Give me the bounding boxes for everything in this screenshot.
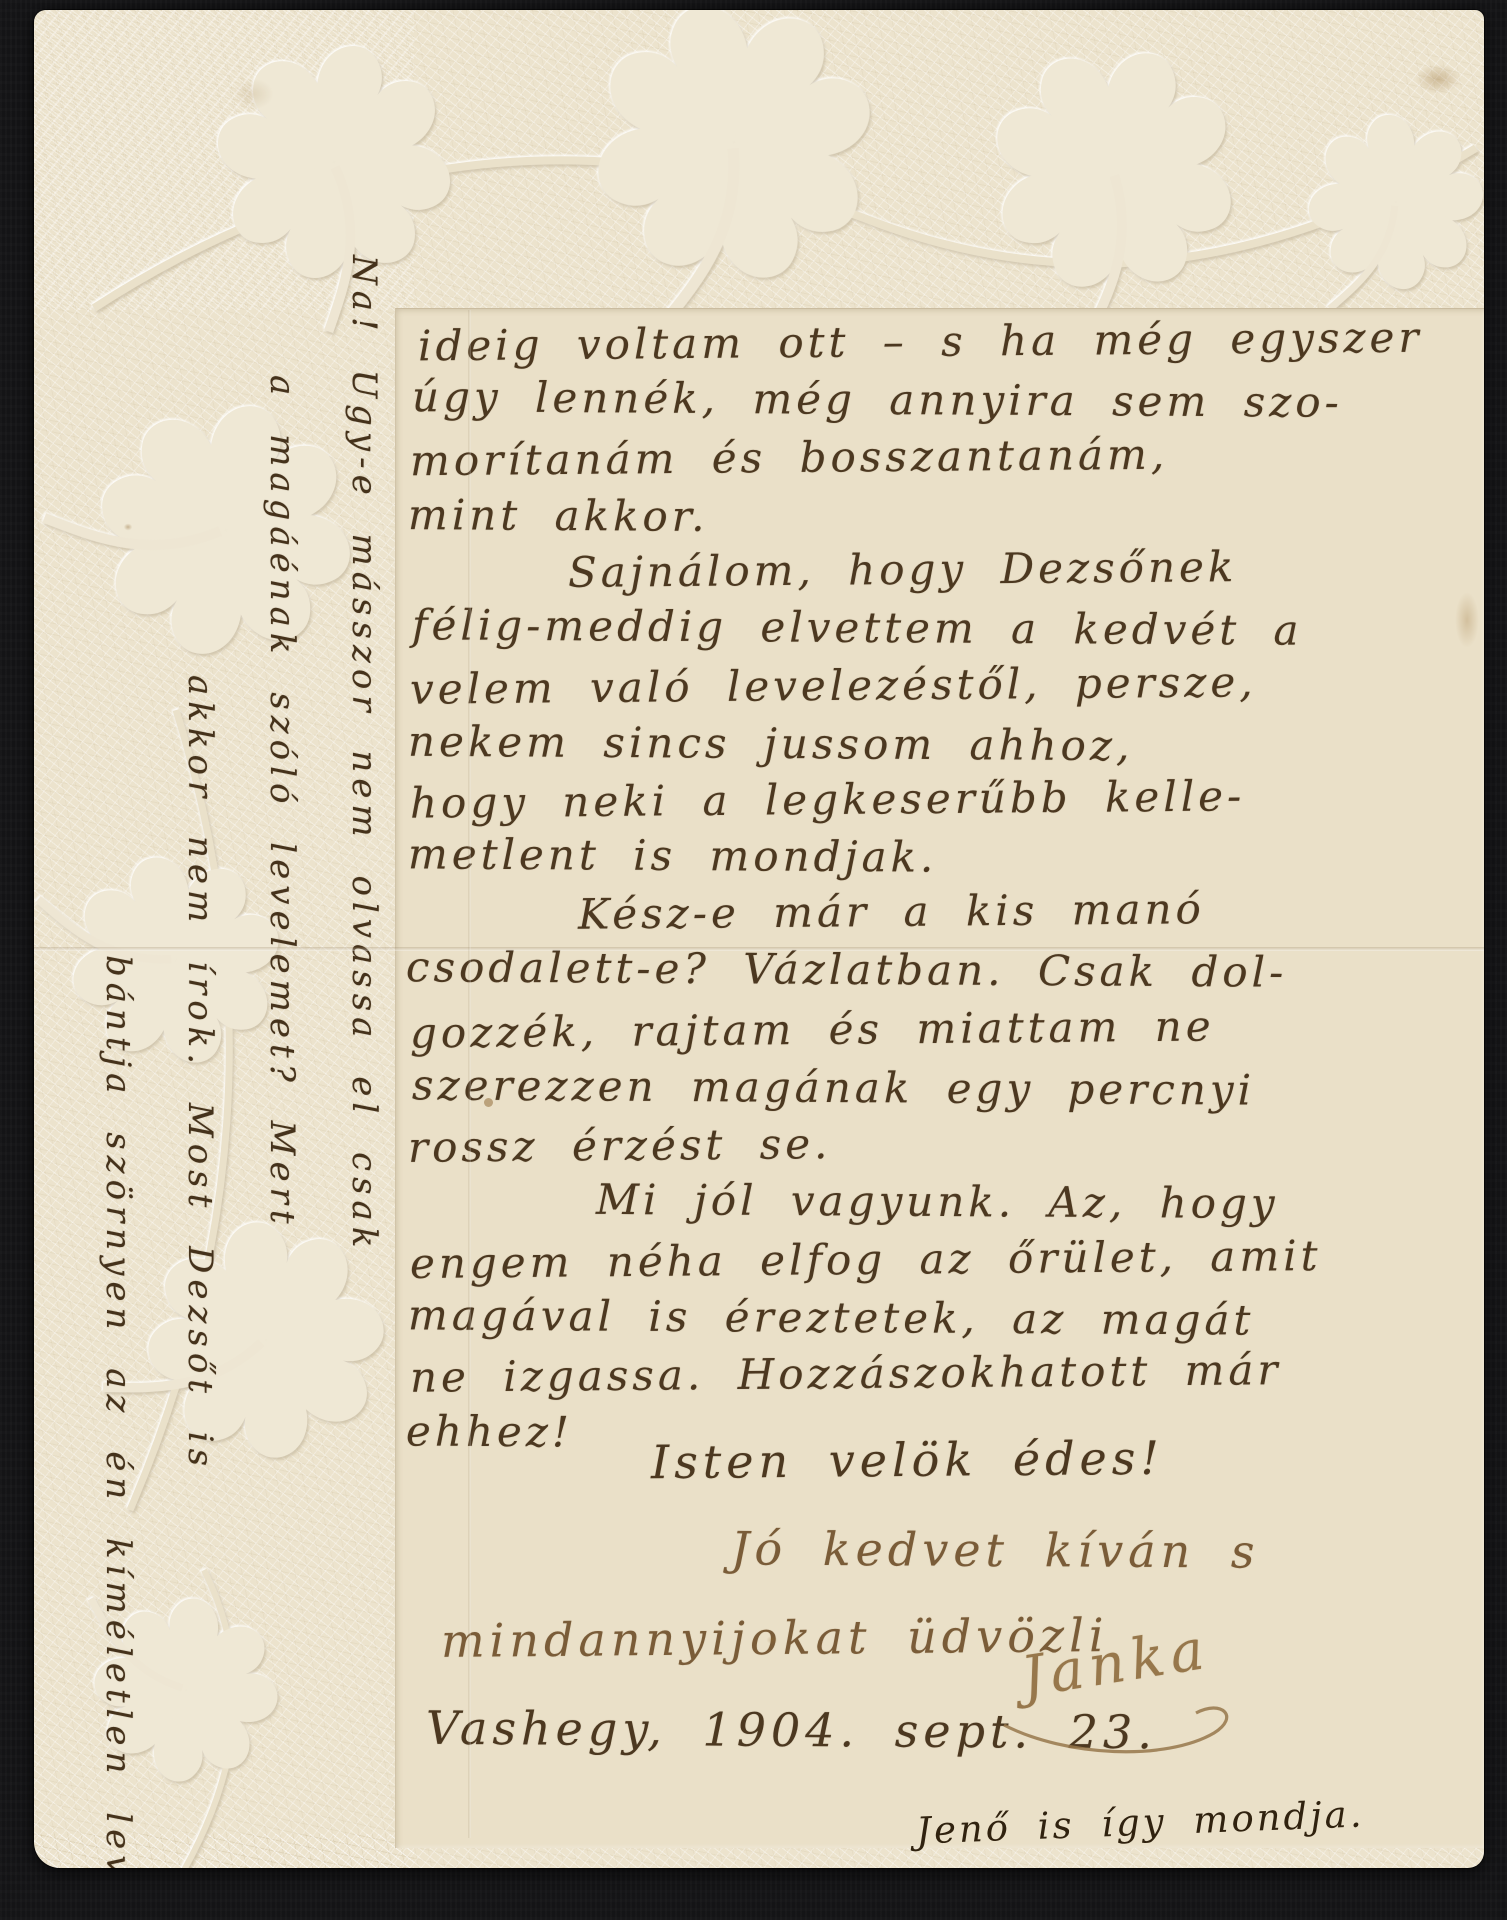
handwriting-line: hogy neki a legkeserűbb kelle- xyxy=(410,770,1246,829)
handwriting-line: úgy lennék, még annyira sem szo- xyxy=(412,371,1343,429)
handwriting-line: Sajnálom, hogy Dezsőnek xyxy=(568,541,1238,599)
margin-handwriting-line: akkor nem írok. Most Dezsőt is xyxy=(159,255,241,1855)
writing-area: ideig voltam ott – s ha még egyszerúgy l… xyxy=(395,308,1484,1848)
handwriting-line: engem néha elfog az őrület, amit xyxy=(410,1230,1322,1290)
handwriting-line: velem való levelezéstől, persze, xyxy=(410,656,1257,715)
postscript-note: Jenő is így mondja. xyxy=(915,1792,1365,1852)
signature-flourish xyxy=(996,1691,1276,1761)
handwriting-line: félig-meddig elvettem a kedvét a xyxy=(412,599,1303,656)
handwriting-line: magával is éreztetek, az magát xyxy=(408,1289,1255,1346)
handwriting-line: rossz érzést se. xyxy=(408,1118,832,1174)
handwriting-line: metlent is mondjak. xyxy=(408,828,938,883)
handwriting-line: mindannyijokat üdvözli xyxy=(441,1609,1109,1667)
handwriting-line: ideig voltam ott – s ha még egyszer xyxy=(418,312,1423,373)
handwriting-line: Jó kedvet kíván s xyxy=(731,1522,1260,1577)
handwriting-line: Kész-e már a kis manó xyxy=(578,883,1205,940)
handwriting-line: gozzék, rajtam és miattam ne xyxy=(410,1000,1215,1059)
scan-background: ideig voltam ott – s ha még egyszerúgy l… xyxy=(0,0,1507,1920)
margin-cross-writing: Na! Ugy-e másszor nem olvassa el csaka m… xyxy=(70,255,405,1855)
handwriting-line: szerezzen magának egy percnyi xyxy=(412,1059,1255,1116)
handwriting-line: ne izgassa. Hozzászokhatott már xyxy=(410,1344,1282,1404)
letter-sheet: ideig voltam ott – s ha még egyszerúgy l… xyxy=(34,10,1484,1868)
handwriting-line: ehhez! xyxy=(406,1405,573,1458)
handwriting-line: mint akkor. xyxy=(408,489,709,543)
handwriting-line: csodalett-e? Vázlatban. Csak dol- xyxy=(406,941,1288,998)
handwriting-line: Isten velök édes! xyxy=(651,1432,1164,1488)
margin-handwriting-line: bántja szörnyen az én kíméletlen levelem… xyxy=(77,255,159,1855)
handwriting-line: nekem sincs jussom ahhoz, xyxy=(408,716,1134,772)
margin-handwriting-line: a magáénak szóló levelemet? Mert xyxy=(241,255,323,1855)
handwriting-line: Mi jól vagyunk. Az, hogy xyxy=(596,1174,1279,1230)
handwriting-line: morítanám és bosszantanám, xyxy=(410,429,1169,488)
margin-handwriting-line: Na! Ugy-e másszor nem olvassa el csak xyxy=(323,255,405,1855)
